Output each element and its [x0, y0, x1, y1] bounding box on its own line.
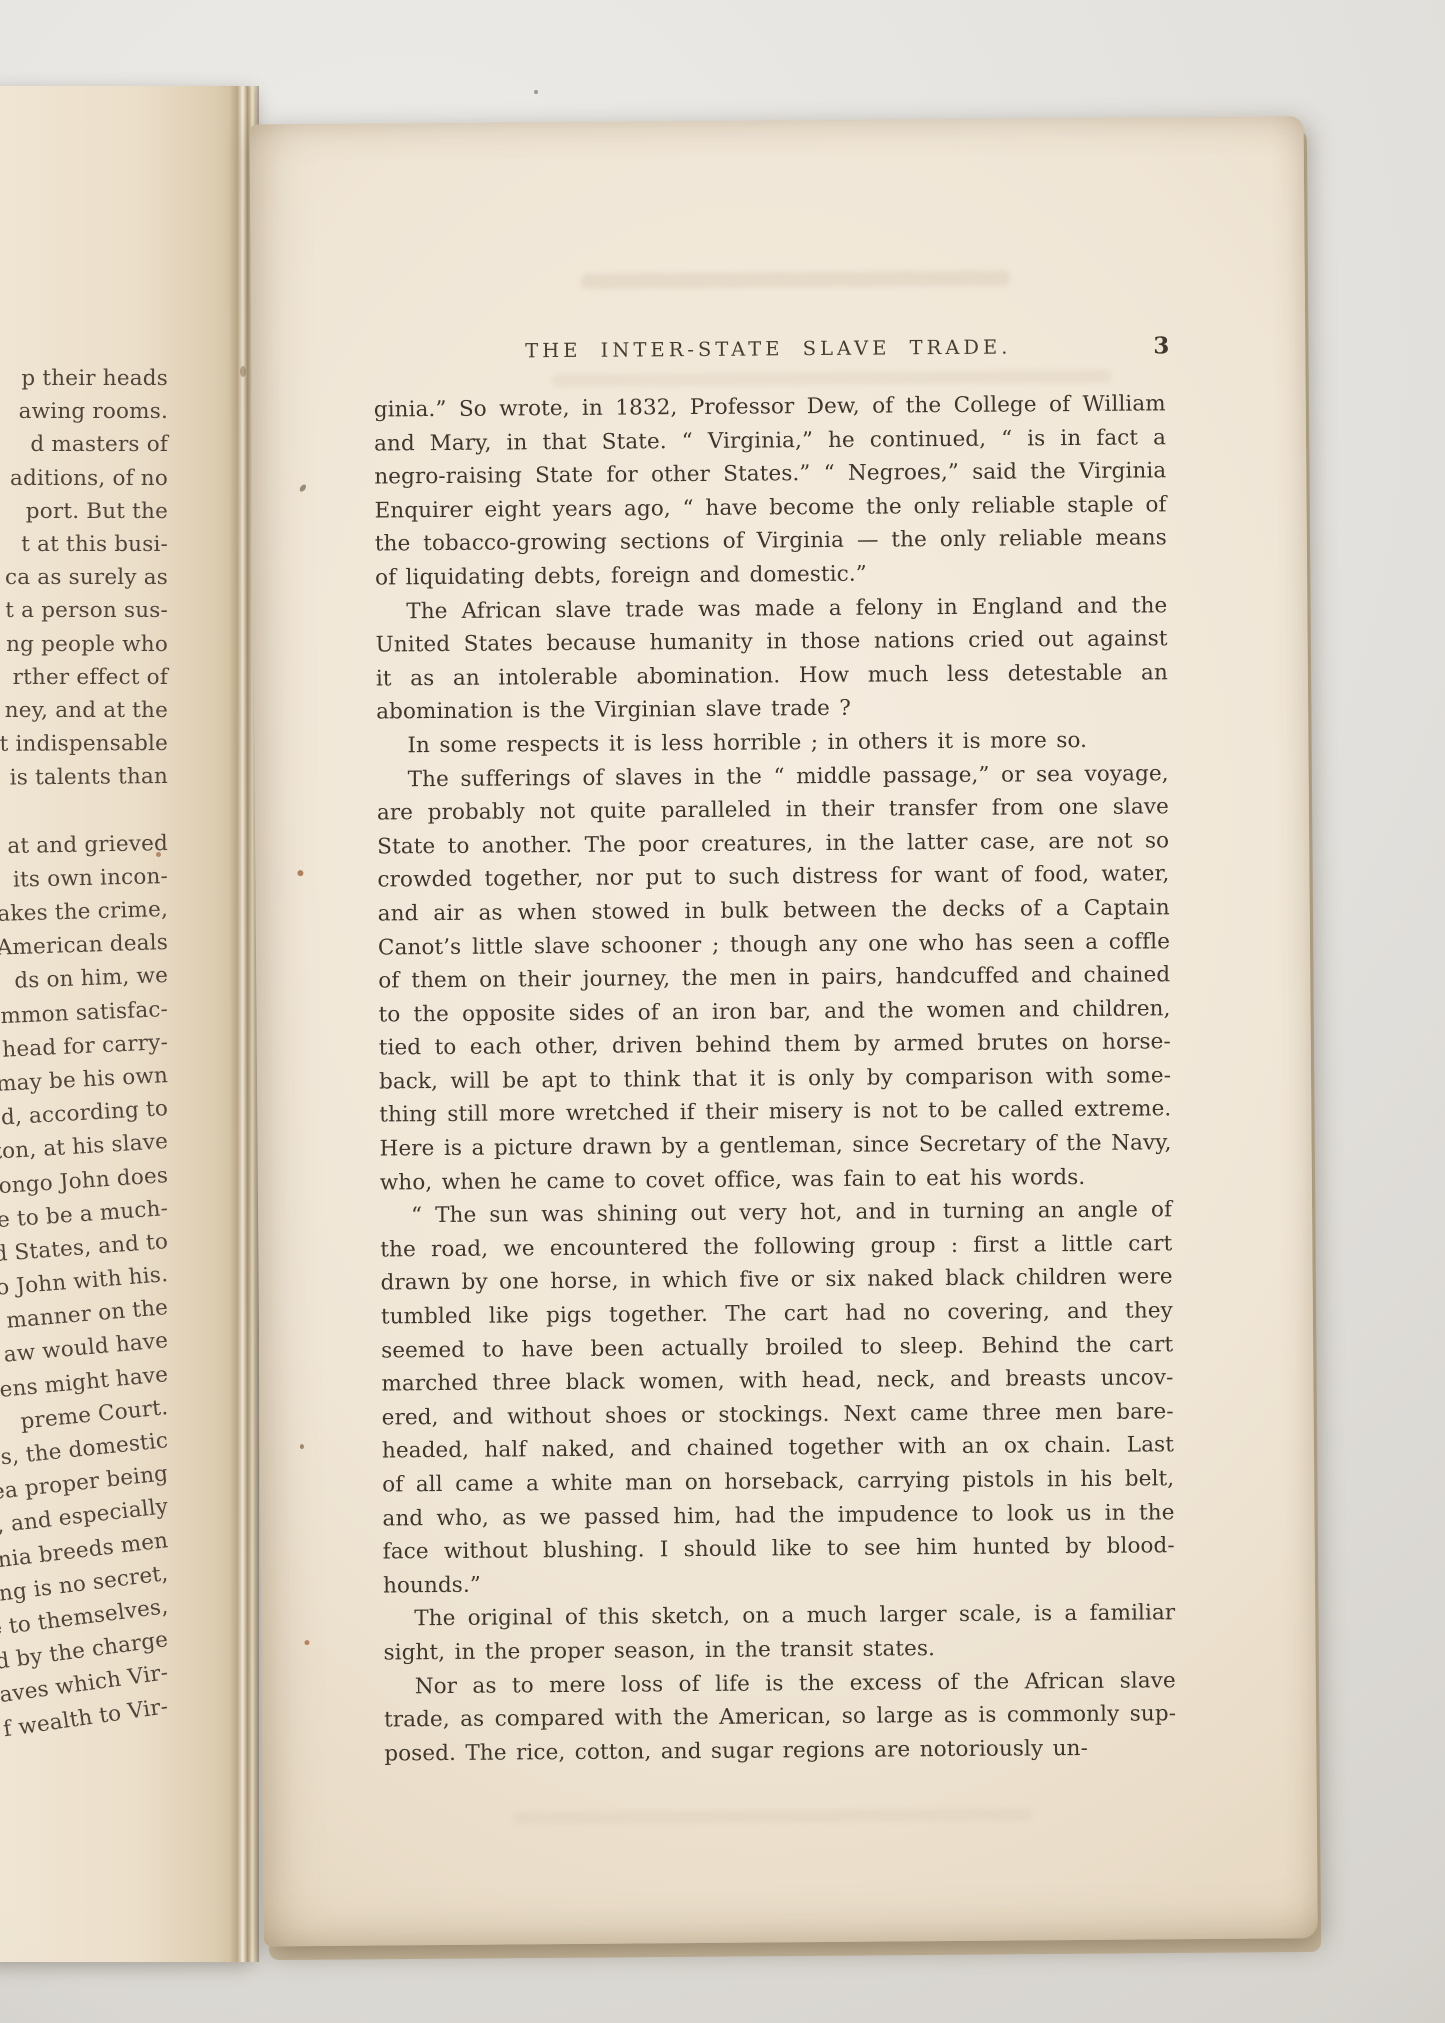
running-header: THE INTER-STATE SLAVE TRADE. 3	[373, 331, 1163, 369]
right-page: THE INTER-STATE SLAVE TRADE. 3 ginia.” S…	[250, 116, 1318, 1946]
left-page-fragment: t a person sus-	[0, 594, 168, 627]
left-page-fragment: ney, and at the	[0, 694, 168, 727]
show-through-ghost	[513, 1808, 1033, 1824]
left-page-fragment: t at this busi-	[0, 528, 168, 561]
left-page-fragment: ca as surely as	[0, 561, 168, 594]
page-number: 3	[1153, 331, 1169, 361]
gutter-mark	[240, 366, 246, 377]
left-page-fragment: t indispensable	[0, 727, 168, 761]
left-page-fragment: d masters of	[0, 428, 168, 461]
backdrop-speck	[534, 90, 538, 94]
text-line: posed. The rice, cotton, and sugar regio…	[384, 1731, 1176, 1771]
left-page-fragment: aditions, of no	[0, 462, 168, 495]
left-page-fragment: rther effect of	[0, 661, 168, 694]
foxing-speck	[304, 1640, 309, 1645]
left-page-fragment: p their heads	[0, 362, 168, 395]
text-line: The original of this sketch, on a much l…	[383, 1597, 1175, 1637]
text-line: Here is a picture drawn by a gentleman, …	[379, 1126, 1171, 1166]
running-header-title: THE INTER-STATE SLAVE TRADE.	[373, 331, 1163, 367]
text-line: it as an intolerable abomination. How mu…	[376, 656, 1168, 696]
text-line: face without blushing. I should like to …	[383, 1529, 1175, 1569]
text-line: the tobacco-growing sections of Virginia…	[375, 522, 1167, 562]
foxing-speck	[298, 483, 307, 492]
left-page-text-fragments: p their headsawing rooms.d masters ofadi…	[0, 362, 168, 1723]
foxing-speck	[156, 852, 161, 857]
book-photograph: p their headsawing rooms.d masters ofadi…	[0, 0, 1445, 2023]
foxing-speck	[297, 870, 303, 876]
show-through-ghost	[581, 270, 1011, 288]
text-line: tumbled like pigs together. The cart had…	[381, 1294, 1173, 1334]
show-through-ghost	[552, 370, 1112, 387]
text-line: In some respects it is less horrible ; i…	[376, 723, 1168, 763]
left-page-fragment: is talents than	[0, 760, 168, 796]
text-line: and air as when stowed in bulk between t…	[378, 891, 1170, 931]
text-line: ginia.” So wrote, in 1832, Professor Dew…	[374, 387, 1166, 427]
foxing-speck	[300, 1444, 304, 1449]
page-body-text: ginia.” So wrote, in 1832, Professor Dew…	[374, 387, 1177, 1771]
left-page-fragment: awing rooms.	[0, 395, 168, 428]
paragraph-gap	[0, 793, 168, 830]
text-line: of all came a white man on horseback, ca…	[382, 1462, 1174, 1502]
left-page-fragment: port. But the	[0, 495, 168, 528]
left-page-fragment: ng people who	[0, 628, 168, 661]
left-page: p their headsawing rooms.d masters ofadi…	[0, 86, 256, 1962]
left-page-fragment: at and grieved	[0, 827, 168, 865]
